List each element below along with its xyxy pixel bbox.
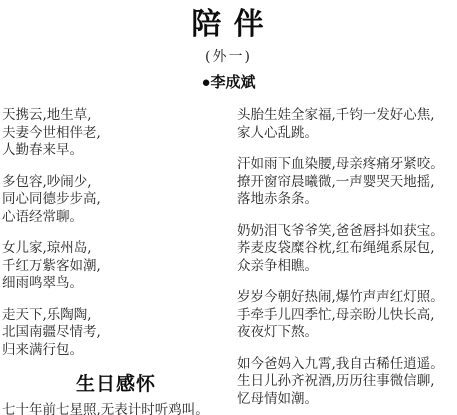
- poem-header: 陪 伴 (外一) ●李成斌: [0, 0, 457, 92]
- poem-line: 奶奶泪飞爷爷笑,爸爸唇抖如获宝。: [237, 223, 457, 241]
- poem-line: 家人心乱跳。: [237, 125, 457, 143]
- stanza: 走天下,乐陶陶, 北国南疆尽情考, 归来满行包。: [2, 307, 230, 360]
- stanza: 如今爸妈入九霄,我自古稀任逍遥。 生日儿孙齐祝酒,历历往事微信聊, 忆母情如潮。: [237, 356, 457, 409]
- right-column: 头胎生娃全家福,千钧一发好心焦, 家人心乱跳。 汗如雨下血染腰,母亲疼痛牙紧咬。…: [230, 107, 457, 415]
- poem-line: 夜夜灯下熬。: [237, 324, 457, 342]
- poem-line: 荞麦皮袋糜谷枕,红布绳绳系尿包,: [237, 240, 457, 258]
- poem-line: 落地赤条条。: [237, 191, 457, 209]
- poem-line: 七十年前七星照,无表计时听鸡叫。: [2, 402, 230, 415]
- poem-line: 心语经常聊。: [2, 209, 230, 227]
- stanza: 女儿家,琼州岛, 千红万紫客如潮, 细雨鸣翠鸟。: [2, 240, 230, 293]
- stanza: 头胎生娃全家福,千钧一发好心焦, 家人心乱跳。: [237, 107, 457, 142]
- newspaper-clipping-page: 陪 伴 (外一) ●李成斌 天携云,地生草, 夫妻今世相伴老, 人勤春来早。 多…: [0, 0, 457, 415]
- poem-line: 岁岁今朝好热闹,爆竹声声红灯照。: [237, 289, 457, 307]
- poem-line: 生日儿孙齐祝酒,历历往事微信聊,: [237, 373, 457, 391]
- poem-line: 夫妻今世相伴老,: [2, 125, 230, 143]
- poem-line: 走天下,乐陶陶,: [2, 307, 230, 325]
- poem-line: 北国南疆尽情考,: [2, 324, 230, 342]
- stanza: 奶奶泪飞爷爷笑,爸爸唇抖如获宝。 荞麦皮袋糜谷枕,红布绳绳系尿包, 众亲争相瞧。: [237, 223, 457, 276]
- poem-line: 细雨鸣翠鸟。: [2, 275, 230, 293]
- poem-line: 多包容,吵闹少,: [2, 174, 230, 192]
- stanza: 岁岁今朝好热闹,爆竹声声红灯照。 手牵手儿四季忙,母亲盼儿快长高, 夜夜灯下熬。: [237, 289, 457, 342]
- poem-line: 汗如雨下血染腰,母亲疼痛牙紧咬。: [237, 156, 457, 174]
- poem-line: 天携云,地生草,: [2, 107, 230, 125]
- poem-columns: 天携云,地生草, 夫妻今世相伴老, 人勤春来早。 多包容,吵闹少, 同心同德步步…: [0, 107, 457, 415]
- stanza: 多包容,吵闹少, 同心同德步步高, 心语经常聊。: [2, 174, 230, 227]
- poem-line: 手牵手儿四季忙,母亲盼儿快长高,: [237, 307, 457, 325]
- section-heading: 生日感怀: [2, 373, 230, 396]
- poem-line: 人勤春来早。: [2, 142, 230, 160]
- stanza: 天携云,地生草, 夫妻今世相伴老, 人勤春来早。: [2, 107, 230, 160]
- poem-author: ●李成斌: [0, 74, 457, 92]
- poem-line: 头胎生娃全家福,千钧一发好心焦,: [237, 107, 457, 125]
- left-column: 天携云,地生草, 夫妻今世相伴老, 人勤春来早。 多包容,吵闹少, 同心同德步步…: [0, 107, 230, 415]
- poem-line: 归来满行包。: [2, 342, 230, 360]
- poem-subtitle: (外一): [0, 49, 457, 66]
- stanza: 汗如雨下血染腰,母亲疼痛牙紧咬。 撩开窗帘晨曦微,一声婴哭天地摇, 落地赤条条。: [237, 156, 457, 209]
- poem-line: 众亲争相瞧。: [237, 258, 457, 276]
- poem-line: 撩开窗帘晨曦微,一声婴哭天地摇,: [237, 174, 457, 192]
- poem-title: 陪 伴: [0, 0, 457, 43]
- poem-line: 女儿家,琼州岛,: [2, 240, 230, 258]
- poem-line: 如今爸妈入九霄,我自古稀任逍遥。: [237, 356, 457, 374]
- poem-line: 千红万紫客如潮,: [2, 258, 230, 276]
- poem-line: 忆母情如潮。: [237, 391, 457, 409]
- poem-line: 同心同德步步高,: [2, 191, 230, 209]
